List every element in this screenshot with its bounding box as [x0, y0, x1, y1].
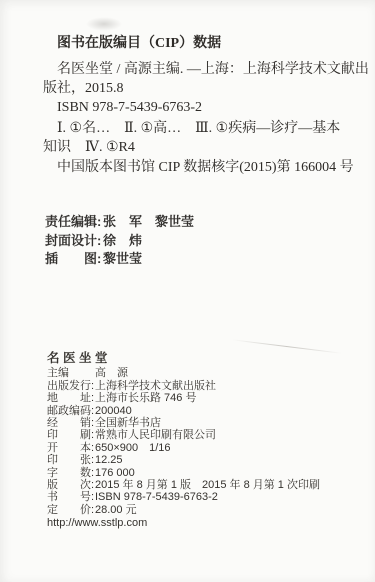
cip-heading: 图书在版编目（CIP）数据 [57, 34, 365, 53]
colophon-value: 176 000 [95, 467, 135, 479]
credit-value: 徐 炜 [103, 232, 142, 251]
colophon-value: 200040 [95, 405, 132, 417]
colophon-label: 书 号: [47, 491, 95, 503]
colophon-label: 出版发行: [47, 380, 95, 392]
colophon-label: 邮政编码: [47, 405, 95, 417]
cip-classification-line-2: 知识 Ⅳ. ①R4 [43, 138, 365, 157]
colophon-value: ISBN 978-7-5439-6763-2 [95, 491, 218, 503]
colophon-label: 印 张: [47, 454, 95, 466]
book-copyright-page: 图书在版编目（CIP）数据 名医坐堂 / 高源主编. —上海：上海科学技术文献出… [0, 0, 375, 582]
colophon-row-printer: 印 刷: 常熟市人民印刷有限公司 [47, 429, 320, 441]
credit-row-cover-design: 封面设计: 徐 炜 [45, 232, 365, 251]
colophon-label: 印 刷: [47, 429, 95, 441]
colophon-row-wordcount: 字 数: 176 000 [47, 467, 320, 479]
colophon-row-price: 定 价: 28.00 元 [47, 504, 320, 516]
colophon-value: 高 源 [95, 367, 128, 379]
colophon-label: 字 数: [47, 467, 95, 479]
colophon-value: 650×900 1/16 [95, 442, 171, 454]
credit-label: 插 图: [45, 250, 103, 269]
credit-value: 张 军 黎世莹 [103, 213, 194, 232]
colophon-value: 上海科学技术文献出版社 [95, 380, 216, 392]
colophon-label: 版 次: [47, 479, 95, 491]
colophon-label: 定 价: [47, 504, 95, 516]
cip-classification-line-1: Ⅰ. ①名… Ⅱ. ①高… Ⅲ. ①疾病—诊疗—基本 [43, 119, 365, 138]
colophon-value: 全国新华书店 [95, 417, 161, 429]
colophon-value: 12.25 [95, 454, 123, 466]
credit-value: 黎世莹 [103, 250, 142, 269]
cip-data-section: 图书在版编目（CIP）数据 名医坐堂 / 高源主编. —上海：上海科学技术文献出… [43, 34, 365, 177]
publisher-website-url: http://www.sstlp.com [47, 517, 320, 529]
credit-row-illustration: 插 图: 黎世莹 [45, 250, 365, 269]
credit-row-editor: 责任编辑: 张 军 黎世莹 [45, 213, 365, 232]
colophon-value: 常熟市人民印刷有限公司 [95, 429, 216, 441]
colophon-label: 主编 [47, 367, 95, 379]
cip-isbn: ISBN 978-7-5439-6763-2 [43, 98, 365, 117]
colophon-row-chief-editor: 主编 高 源 [47, 367, 320, 379]
credit-label: 责任编辑: [45, 213, 103, 232]
cip-record-line-2: 版社，2015.8 [43, 79, 365, 98]
cip-record-paragraph: 名医坐堂 / 高源主编. —上海：上海科学技术文献出 版社，2015.8 ISB… [43, 60, 365, 117]
cip-record-line-1: 名医坐堂 / 高源主编. —上海：上海科学技术文献出 [43, 60, 365, 79]
cip-registry-number: 中国版本图书馆 CIP 数据核字(2015)第 166004 号 [43, 158, 365, 177]
credit-label: 封面设计: [45, 232, 103, 251]
colophon-label: 经 销: [47, 417, 95, 429]
credits-section: 责任编辑: 张 军 黎世莹 封面设计: 徐 炜 插 图: 黎世莹 [45, 213, 365, 269]
colophon-row-address: 地 址: 上海市长乐路 746 号 [47, 392, 320, 404]
colophon-value: 2015 年 8 月第 1 版 2015 年 8 月第 1 次印刷 [95, 479, 320, 491]
colophon-label: 开 本: [47, 442, 95, 454]
colophon-row-sheets: 印 张: 12.25 [47, 454, 320, 466]
colophon-row-isbn: 书 号: ISBN 978-7-5439-6763-2 [47, 491, 320, 503]
colophon-value: 28.00 元 [95, 504, 137, 516]
colophon-label: 地 址: [47, 392, 95, 404]
colophon-row-postcode: 邮政编码: 200040 [47, 405, 320, 417]
colophon-row-edition: 版 次: 2015 年 8 月第 1 版 2015 年 8 月第 1 次印刷 [47, 479, 320, 491]
scan-smudge-artifact [86, 17, 122, 31]
cip-classification-paragraph: Ⅰ. ①名… Ⅱ. ①高… Ⅲ. ①疾病—诊疗—基本 知识 Ⅳ. ①R4 [43, 119, 365, 157]
colophon-value: 上海市长乐路 746 号 [95, 392, 196, 404]
book-title: 名 医 坐 堂 [47, 352, 320, 364]
cip-registry-paragraph: 中国版本图书馆 CIP 数据核字(2015)第 166004 号 [43, 158, 365, 177]
colophon-row-distributor: 经 销: 全国新华书店 [47, 417, 320, 429]
colophon-row-publisher: 出版发行: 上海科学技术文献出版社 [47, 380, 320, 392]
colophon-row-format: 开 本: 650×900 1/16 [47, 442, 320, 454]
colophon-section: 名 医 坐 堂 主编 高 源 出版发行: 上海科学技术文献出版社 地 址: 上海… [47, 352, 320, 530]
